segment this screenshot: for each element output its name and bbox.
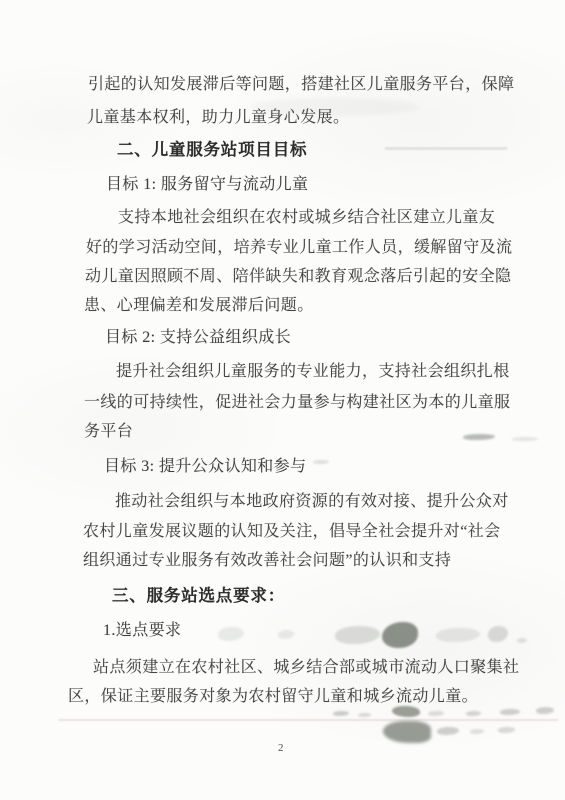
scan-artifact-line [385, 147, 507, 150]
goal-3-line-1: 推动社会组织与本地政府资源的有效对接、提升公众对 [115, 492, 509, 511]
scan-smudge [536, 707, 554, 714]
scan-smudge [437, 727, 459, 735]
scan-smudge [488, 626, 508, 642]
scan-smudge [498, 727, 515, 733]
goal-2-line-1: 提升社会组织儿童服务的专业能力，支持社会组织扎根 [116, 362, 510, 381]
scan-smudge [333, 711, 349, 716]
scan-smudge [500, 709, 520, 715]
site-requirement-line-2: 区，保证主要服务对象为农村留守儿童和城乡流动儿童。 [68, 687, 478, 706]
intro-paragraph-line-2: 儿童基本权利，助力儿童身心发展。 [87, 108, 349, 127]
scan-smudge [335, 626, 380, 644]
goal-1-line-2: 好的学习活动空间，培养专业儿童工作人员，缓解留守及流 [86, 238, 512, 257]
goal-1-line-1: 支持本地社会组织在农村或城乡结合社区建立儿童友 [118, 208, 495, 227]
scan-smudge [517, 638, 527, 643]
scan-smudge [466, 711, 481, 716]
goal-2-line-2: 一线的可持续性，促进社会力量参与构建社区为本的儿童服 [84, 393, 510, 412]
scan-smudge [358, 713, 371, 717]
scan-smudge [512, 437, 538, 441]
goal-2-line-3: 务平台 [84, 422, 133, 441]
scan-smudge [436, 628, 480, 642]
selection-requirement-heading: 1.选点要求 [103, 621, 181, 640]
scan-ink-blot [383, 721, 431, 743]
goal-2-heading: 目标 2: 支持公益组织成长 [105, 328, 291, 347]
scan-artifact-line [58, 719, 558, 721]
intro-paragraph-line-1: 引起的认知发展滞后等问题，搭建社区儿童服务平台，保障 [88, 75, 514, 94]
scan-smudge [278, 630, 294, 639]
goal-3-line-2: 农村儿童发展议题的认知及关注，倡导全社会提升对“社会 [83, 522, 501, 541]
scan-smudge [470, 729, 484, 734]
scan-smudge [463, 434, 495, 440]
scan-ink-blot [382, 622, 418, 648]
scan-ink-blot [392, 706, 420, 717]
goal-1-heading: 目标 1: 服务留守与流动儿童 [106, 175, 308, 194]
goal-1-line-4: 患、心理偏差和发展滞后问题。 [84, 296, 314, 315]
section-2-heading: 二、儿童服务站项目目标 [117, 141, 307, 161]
site-requirement-line-1: 站点须建立在农村社区、城乡结合部或城市流动人口聚集社 [93, 658, 519, 677]
scan-smudge [218, 627, 244, 641]
scan-smudge [313, 460, 329, 464]
goal-3-heading: 目标 3: 提升公众认知和参与 [104, 457, 306, 476]
page-number: 2 [278, 742, 284, 754]
goal-3-line-3: 组织通过专业服务有效改善社会问题”的认识和支持 [83, 551, 451, 570]
section-3-heading: 三、服务站选点要求： [112, 587, 285, 607]
scan-smudge [428, 711, 444, 716]
scanned-document-page: 引起的认知发展滞后等问题，搭建社区儿童服务平台，保障 儿童基本权利，助力儿童身心… [0, 0, 565, 800]
goal-1-line-3: 动儿童因照顾不周、陪伴缺失和教育观念落后引起的安全隐 [85, 267, 511, 286]
